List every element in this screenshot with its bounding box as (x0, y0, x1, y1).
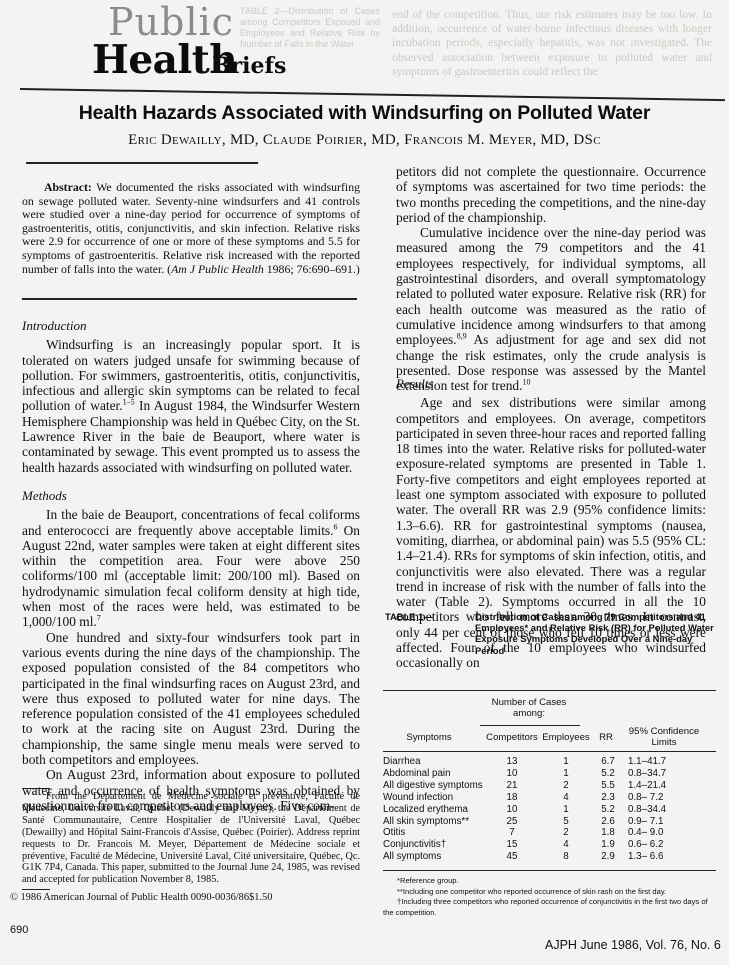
cell-employees: 8 (556, 851, 576, 862)
bleed-through-text: TABLE 2—Distribution of Cases among Comp… (240, 6, 380, 50)
section-heading: Results (396, 376, 706, 391)
page-number: 690 (10, 924, 28, 936)
cell-rr: 5.2 (596, 768, 620, 779)
cell-employees: 1 (556, 756, 576, 767)
header-rule (383, 751, 716, 752)
cell-symptom: Conjunctivitis† (383, 839, 483, 850)
cell-competitors: 7 (498, 827, 526, 838)
article-authors: Eric Dewailly, MD, Claude Poirier, MD, F… (0, 132, 729, 149)
cell-cl: 1.1–41.7 (628, 756, 688, 767)
cell-symptom: Abdominal pain (383, 768, 483, 779)
cell-rr: 2.6 (596, 816, 620, 827)
table-footnotes: *Reference group. **Including one compet… (383, 876, 713, 918)
section-heading: Introduction (22, 318, 360, 333)
paragraph: Cumulative incidence over the nine-day p… (396, 225, 706, 393)
header-competitors: Competitors (486, 732, 538, 743)
cell-cl: 0.8– 7.2 (628, 792, 688, 803)
cell-symptom: All symptoms (383, 851, 483, 862)
cell-competitors: 13 (498, 756, 526, 767)
divider (26, 162, 258, 164)
cell-rr: 1.9 (596, 839, 620, 850)
bleed-through-text: end of the competition. Thus, our risk e… (392, 8, 712, 79)
cell-symptom: All digestive symptoms (383, 780, 483, 791)
cell-rr: 5.5 (596, 780, 620, 791)
cell-cl: 1.4–21.4 (628, 780, 688, 791)
paragraph: Windsurfing is an increasingly popular s… (22, 337, 360, 475)
table-caption-text: Distribution of Cases among 79 Competito… (475, 611, 715, 656)
cell-employees: 1 (556, 768, 576, 779)
section-introduction: Introduction Windsurfing is an increasin… (22, 318, 360, 475)
cell-cl: 0.8–34.7 (628, 768, 688, 779)
cell-rr: 2.3 (596, 792, 620, 803)
header-cl: 95% Confidence Limits (624, 726, 704, 748)
section-heading: Methods (22, 488, 360, 503)
cell-competitors: 10 (498, 768, 526, 779)
cell-competitors: 15 (498, 839, 526, 850)
cell-rr: 6.7 (596, 756, 620, 767)
cell-cl: 0.6– 6.2 (628, 839, 688, 850)
paragraph: petitors did not complete the questionna… (396, 164, 706, 225)
paragraph: One hundred and sixty-four windsurfers t… (22, 630, 360, 768)
paragraph: In the baie de Beauport, concentrations … (22, 507, 360, 629)
cell-symptom: Diarrhea (383, 756, 483, 767)
cell-competitors: 10 (498, 804, 526, 815)
table-caption: TABLE 1— Distribution of Cases among 79 … (385, 611, 715, 656)
cell-symptom: Otitis (383, 827, 483, 838)
cell-cl: 0.8–34.4 (628, 804, 688, 815)
abstract: Abstract: We documented the risks associ… (22, 181, 360, 276)
cell-symptom: Wound infection (383, 792, 483, 803)
divider (22, 788, 50, 789)
cell-rr: 5.2 (596, 804, 620, 815)
cell-employees: 2 (556, 827, 576, 838)
table-rule-bottom (383, 870, 716, 871)
cell-competitors: 18 (498, 792, 526, 803)
header-group-cases: Number of Cases among: (486, 697, 572, 719)
article-title: Health Hazards Associated with Windsurfi… (0, 102, 729, 125)
table-footnote: *Reference group. (383, 876, 713, 887)
cell-cl: 0.4– 9.0 (628, 827, 688, 838)
table-footnote: †Including three competitors who reporte… (383, 897, 713, 918)
citation-rest: 1986; 76:690–691.) (264, 262, 360, 276)
journal-citation: AJPH June 1986, Vol. 76, No. 6 (545, 938, 721, 952)
table-rule-top (383, 690, 716, 691)
masthead-rule (20, 88, 725, 101)
section-methods: Methods In the baie de Beauport, concent… (22, 488, 360, 813)
header-group-rule (480, 725, 580, 726)
cell-employees: 4 (556, 792, 576, 803)
cell-symptom: Localized erythema (383, 804, 483, 815)
cell-competitors: 25 (498, 816, 526, 827)
cell-employees: 5 (556, 816, 576, 827)
table-footnote: **Including one competitor who reported … (383, 887, 713, 898)
affiliation-footnote: From the Département de Médecine sociale… (22, 791, 360, 886)
cell-employees: 4 (556, 839, 576, 850)
cell-cl: 1.3– 6.6 (628, 851, 688, 862)
abstract-label: Abstract: (44, 180, 92, 194)
divider (22, 889, 50, 890)
methods-continued: petitors did not complete the questionna… (396, 164, 706, 393)
masthead-public: Public (108, 2, 234, 42)
cell-competitors: 45 (498, 851, 526, 862)
header-symptoms: Symptoms (394, 732, 464, 743)
cell-symptom: All skin symptoms** (383, 816, 483, 827)
cell-rr: 2.9 (596, 851, 620, 862)
table-label: TABLE 1— (385, 611, 433, 622)
header-employees: Employees (538, 732, 594, 743)
cell-employees: 1 (556, 804, 576, 815)
masthead-briefs: Briefs (212, 53, 286, 79)
cell-cl: 0.9– 7.1 (628, 816, 688, 827)
cell-competitors: 21 (498, 780, 526, 791)
copyright: © 1986 American Journal of Public Health… (10, 892, 272, 903)
cell-employees: 2 (556, 780, 576, 791)
divider (22, 298, 357, 300)
header-rr: RR (594, 732, 618, 743)
cell-rr: 1.8 (596, 827, 620, 838)
citation-journal: Am J Public Health (171, 262, 264, 276)
